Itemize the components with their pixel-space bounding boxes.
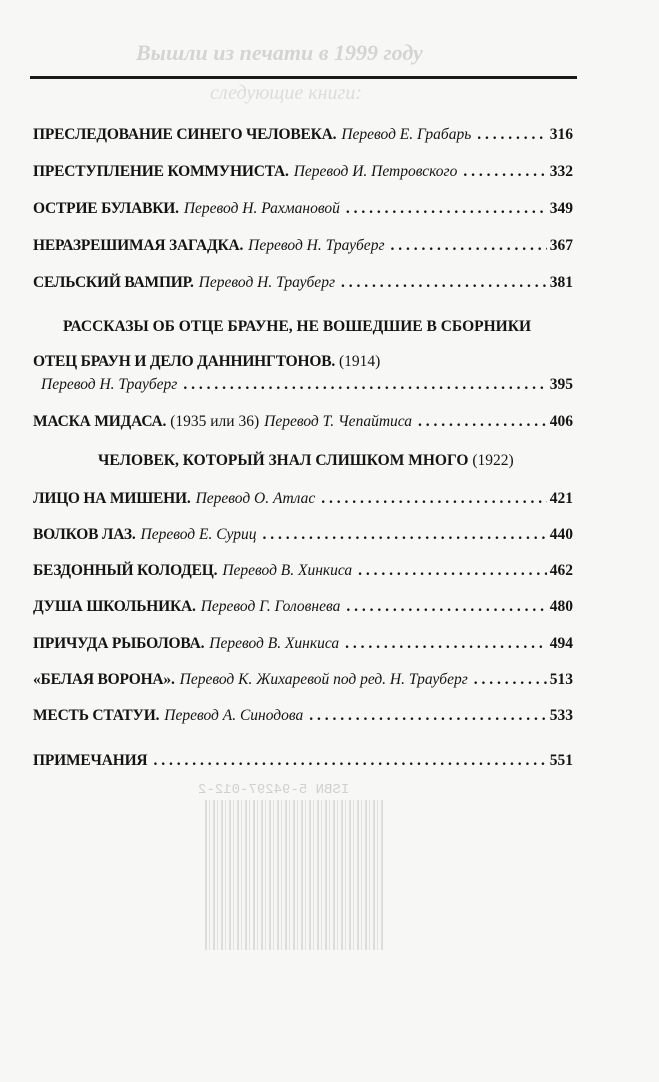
toc-entry: МАСКА МИДАСА.(1935 или 36)Перевод Т. Чеп… <box>33 413 573 431</box>
toc-entry-continuation: Перевод Н. Трауберг395 <box>33 376 573 394</box>
entry-title: ПРЕСЛЕДОВАНИЕ СИНЕГО ЧЕЛОВЕКА. <box>33 126 336 144</box>
bleed-through-title: Вышли из печати в 1999 году <box>136 40 423 66</box>
leader-dots <box>346 200 547 218</box>
entry-title: ДУША ШКОЛЬНИКА. <box>33 598 196 616</box>
leader-dots <box>345 635 547 653</box>
entry-page: 494 <box>550 635 573 653</box>
leader-dots <box>263 526 547 544</box>
entry-title: ПРЕСТУПЛЕНИЕ КОММУНИСТА. <box>33 163 289 181</box>
entry-page: 316 <box>550 126 573 144</box>
entry-title: МЕСТЬ СТАТУИ. <box>33 707 159 725</box>
entry-page: 395 <box>550 376 573 394</box>
leader-dots <box>463 163 546 181</box>
entry-title: НЕРАЗРЕШИМАЯ ЗАГАДКА. <box>33 237 243 255</box>
toc-entry: «БЕЛАЯ ВОРОНА».Перевод К. Жихаревой под … <box>33 671 573 689</box>
bleed-through-isbn: ISBN 5-94297-012-2 <box>198 782 349 798</box>
section-heading-text: ЧЕЛОВЕК, КОТОРЫЙ ЗНАЛ СЛИШКОМ МНОГО <box>98 452 468 469</box>
entry-page: 533 <box>550 707 573 725</box>
leader-dots <box>153 752 546 770</box>
toc-entry: ПРИЧУДА РЫБОЛОВА.Перевод В. Хинкиса494 <box>33 635 573 653</box>
entry-title: «БЕЛАЯ ВОРОНА». <box>33 671 175 689</box>
entry-translator: Перевод В. Хинкиса <box>209 635 339 653</box>
entry-title: ОТЕЦ БРАУН И ДЕЛО ДАННИНГТОНОВ. <box>33 353 335 371</box>
header-rule <box>30 76 577 79</box>
entry-translator: Перевод Н. Рахмановой <box>184 200 340 218</box>
leader-dots <box>341 274 547 292</box>
entry-page: 480 <box>550 598 573 616</box>
entry-title: БЕЗДОННЫЙ КОЛОДЕЦ. <box>33 562 217 580</box>
entry-translator: Перевод Г. Головнева <box>201 598 341 616</box>
entry-year: (1935 или 36) <box>170 413 259 431</box>
entry-title: МАСКА МИДАСА. <box>33 413 166 431</box>
entry-page: 513 <box>550 671 573 689</box>
entry-title: СЕЛЬСКИЙ ВАМПИР. <box>33 274 194 292</box>
toc-entry: ПРЕСТУПЛЕНИЕ КОММУНИСТА.Перевод И. Петро… <box>33 163 573 181</box>
entry-translator: Перевод Н. Трауберг <box>248 237 384 255</box>
entry-translator: Перевод Т. Чепайтиса <box>264 413 412 431</box>
toc-entry-notes: ПРИМЕЧАНИЯ551 <box>33 752 573 770</box>
entry-page: 421 <box>550 490 573 508</box>
entry-page: 551 <box>550 752 573 770</box>
entry-translator: Перевод И. Петровского <box>294 163 458 181</box>
leader-dots <box>391 237 547 255</box>
bleed-through-barcode <box>205 800 385 950</box>
entry-translator: Перевод В. Хинкиса <box>222 562 352 580</box>
toc-entry: ДУША ШКОЛЬНИКА.Перевод Г. Головнева480 <box>33 598 573 616</box>
leader-dots <box>321 490 547 508</box>
entry-translator: Перевод К. Жихаревой под ред. Н. Траубер… <box>180 671 468 689</box>
leader-dots <box>474 671 547 689</box>
toc-entry: БЕЗДОННЫЙ КОЛОДЕЦ.Перевод В. Хинкиса462 <box>33 562 573 580</box>
toc-entry: ОСТРИЕ БУЛАВКИ.Перевод Н. Рахмановой349 <box>33 200 573 218</box>
toc-entry: ОТЕЦ БРАУН И ДЕЛО ДАННИНГТОНОВ.(1914) <box>33 353 573 371</box>
entry-translator: Перевод Е. Суриц <box>141 526 257 544</box>
leader-dots <box>358 562 547 580</box>
entry-title: ПРИЧУДА РЫБОЛОВА. <box>33 635 204 653</box>
entry-translator: Перевод Н. Трауберг <box>199 274 335 292</box>
section-heading-year: (1922) <box>472 452 513 469</box>
toc-entry: НЕРАЗРЕШИМАЯ ЗАГАДКА.Перевод Н. Трауберг… <box>33 237 573 255</box>
leader-dots <box>418 413 547 431</box>
entry-title: ОСТРИЕ БУЛАВКИ. <box>33 200 179 218</box>
entry-title: ВОЛКОВ ЛАЗ. <box>33 526 136 544</box>
entry-page: 367 <box>550 237 573 255</box>
leader-dots <box>346 598 546 616</box>
leader-dots <box>309 707 546 725</box>
entry-translator: Перевод Е. Грабарь <box>341 126 471 144</box>
toc-entry: ПРЕСЛЕДОВАНИЕ СИНЕГО ЧЕЛОВЕКА.Перевод Е.… <box>33 126 573 144</box>
leader-dots <box>183 376 546 394</box>
entry-translator: Перевод О. Атлас <box>196 490 316 508</box>
toc-entry: ЛИЦО НА МИШЕНИ.Перевод О. Атлас421 <box>33 490 573 508</box>
entry-page: 332 <box>550 163 573 181</box>
toc-entry: СЕЛЬСКИЙ ВАМПИР.Перевод Н. Трауберг381 <box>33 274 573 292</box>
entry-page: 349 <box>550 200 573 218</box>
section-heading: ЧЕЛОВЕК, КОТОРЫЙ ЗНАЛ СЛИШКОМ МНОГО (192… <box>98 452 514 470</box>
entry-page: 381 <box>550 274 573 292</box>
entry-page: 462 <box>550 562 573 580</box>
toc-entry: ВОЛКОВ ЛАЗ.Перевод Е. Суриц440 <box>33 526 573 544</box>
entry-page: 406 <box>550 413 573 431</box>
section-heading: РАССКАЗЫ ОБ ОТЦЕ БРАУНЕ, НЕ ВОШЕДШИЕ В С… <box>63 318 531 336</box>
entry-title: ПРИМЕЧАНИЯ <box>33 752 147 770</box>
toc-entry: МЕСТЬ СТАТУИ.Перевод А. Синодова533 <box>33 707 573 725</box>
bleed-through-subtitle: следующие книги: <box>210 82 362 105</box>
entry-page: 440 <box>550 526 573 544</box>
leader-dots <box>477 126 546 144</box>
entry-title: ЛИЦО НА МИШЕНИ. <box>33 490 191 508</box>
entry-translator: Перевод Н. Трауберг <box>41 376 177 394</box>
entry-year: (1914) <box>339 353 380 371</box>
entry-translator: Перевод А. Синодова <box>164 707 303 725</box>
